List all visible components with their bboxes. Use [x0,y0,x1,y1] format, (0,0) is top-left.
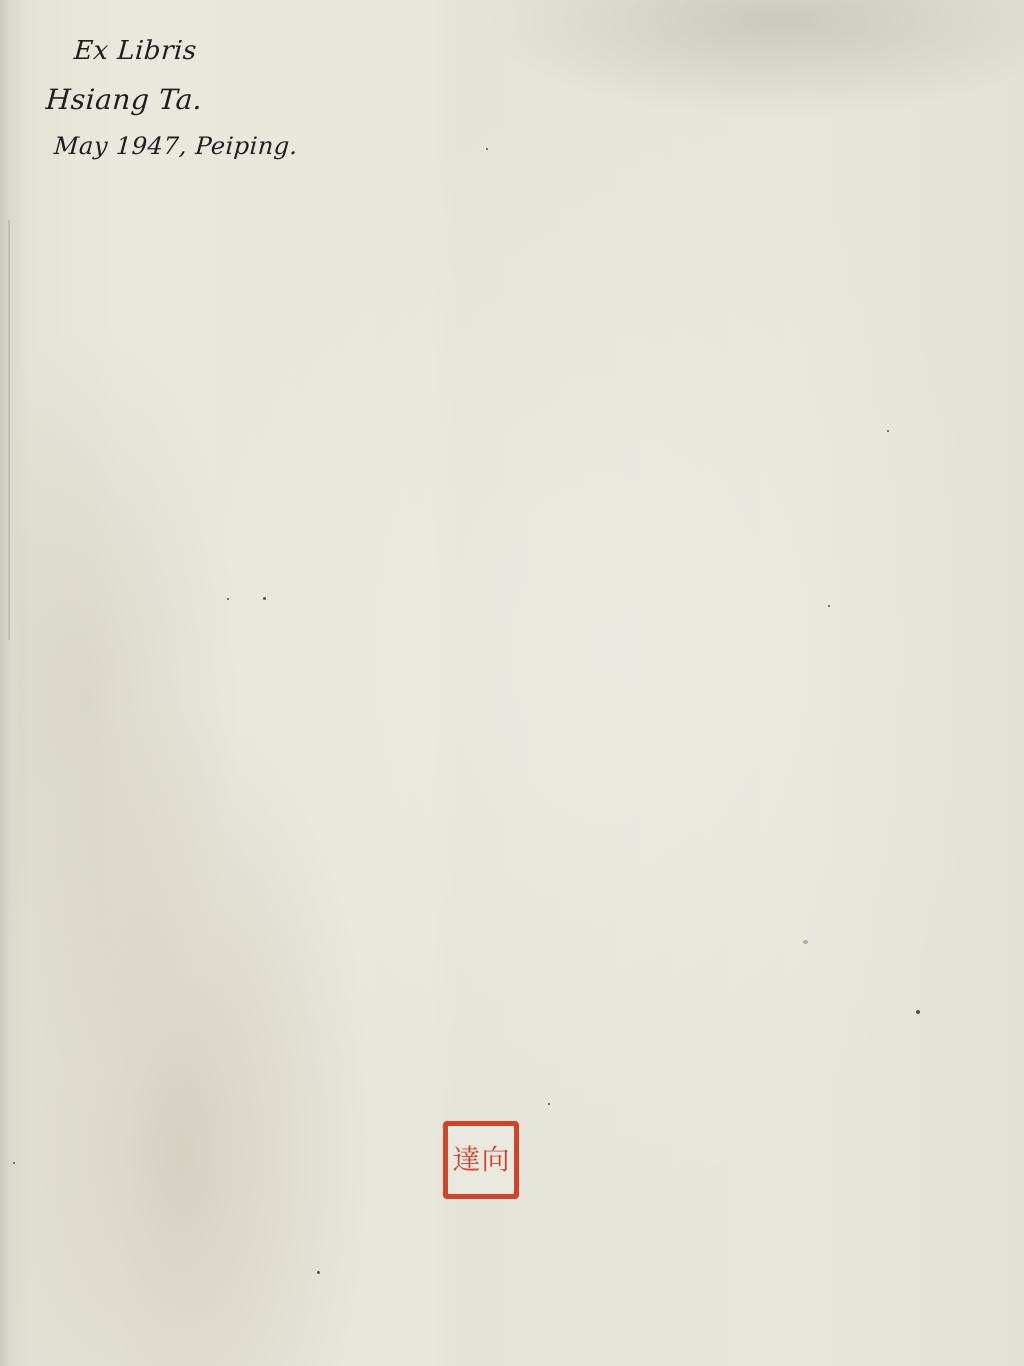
inscription-line-owner: Hsiang Ta. [45,86,203,114]
seal-characters: 向 達 [452,1130,510,1190]
seal-character-xiang: 向 [481,1146,510,1174]
inscription-line-ex-libris: Ex Libris [73,38,198,64]
foxing-speck [887,430,889,432]
foxing-speck [803,940,808,944]
owner-seal-stamp: 向 達 [443,1121,519,1199]
paper-crease [8,220,10,640]
inscription-line-date-place: May 1947, Peiping. [53,134,299,158]
foxing-speck [317,1271,320,1274]
foxing-speck [916,1010,920,1014]
flyleaf-page: Ex Libris Hsiang Ta. May 1947, Peiping. … [0,0,1024,1366]
foxing-speck [828,605,830,607]
seal-character-da: 達 [452,1146,481,1174]
foxing-speck [13,1162,15,1164]
foxing-speck [263,597,266,600]
foxing-speck [486,148,488,150]
foxing-speck [227,598,229,600]
spine-edge [0,0,22,1366]
foxing-speck [548,1103,550,1105]
